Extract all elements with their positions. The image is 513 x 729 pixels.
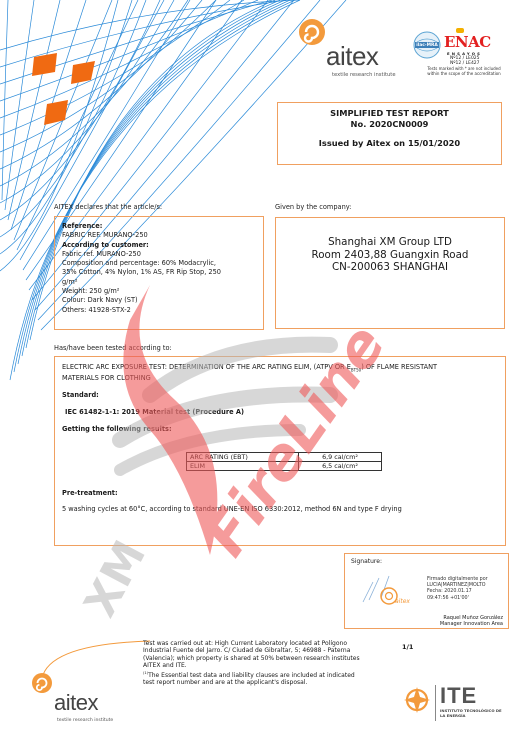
accreditation-logos: ilac-MRA ENAC ENSAYOS Nº12 / LE025 Nº12 …: [412, 30, 510, 85]
footer-aitex-logo: aitex textile research institute: [30, 672, 140, 728]
ite-subtitle: INSTITUTO TECNOLÓGICO DE LA ENERGÍA: [440, 709, 502, 718]
report-title-box: SIMPLIFIED TEST REPORT No. 2020CN0009 Is…: [277, 102, 502, 165]
aitex-spiral-icon: [296, 18, 330, 48]
standard-value: IEC 61482-1-1: 2019 Material test (Proce…: [62, 408, 498, 417]
company-name: Shanghai XM Group LTD: [276, 236, 504, 249]
article-line: Composition and percentage: 60% Modacryl…: [62, 259, 256, 268]
aitex-wordmark: aitex: [54, 690, 98, 716]
footer-text: Test was carried out at: High Current La…: [143, 640, 375, 686]
tested-label: Has/have been tested according to:: [54, 344, 172, 352]
stamp-text: aitex: [395, 598, 410, 605]
signature-box: Signature: aitex Firmado digitalmente po…: [344, 553, 509, 629]
test-description-cont: MATERIALS FOR CLOTHING: [62, 374, 498, 383]
aitex-tagline: textile research institute: [332, 72, 396, 78]
company-address: Room 2403,88 Guangxin Road: [276, 249, 504, 262]
ilac-label: ilac-MRA: [414, 43, 440, 48]
result-value: 6,5 cal/cm²: [299, 462, 382, 471]
result-name: ARC RATING (EBT): [187, 453, 299, 462]
signature-label: Signature:: [351, 558, 382, 565]
enac-codes: Nº12 / LE025 Nº12 / LE427: [450, 56, 480, 66]
company-city: CN-200063 SHANGHAI: [276, 261, 504, 274]
article-line: g/m²: [62, 278, 256, 287]
company-label: Given by the company:: [275, 203, 351, 211]
enac-logo: ENAC: [444, 33, 491, 51]
results-label: Getting the following results:: [62, 425, 498, 434]
aitex-wordmark: aitex: [326, 41, 378, 72]
aitex-tagline: textile research institute: [57, 718, 113, 723]
report-number: No. 2020CN0009: [278, 119, 501, 130]
report-title: SIMPLIFIED TEST REPORT: [278, 108, 501, 119]
company-box: Shanghai XM Group LTD Room 2403,88 Guang…: [275, 217, 505, 329]
pretreatment-value: 5 washing cycles at 60°C, according to s…: [62, 505, 498, 514]
reference-value: FABRIC REF. MURANO-250: [62, 231, 256, 240]
aitex-spiral-icon: [30, 672, 56, 696]
standard-label: Standard:: [62, 391, 498, 400]
article-line: Others: 41928-STX-2: [62, 306, 256, 315]
reference-label: Reference:: [62, 222, 102, 230]
article-label: AITEX declares that the article/s:: [54, 203, 162, 211]
orange-squares-decoration: [32, 53, 95, 125]
table-row: ARC RATING (EBT) 6,9 cal/cm²: [187, 453, 382, 462]
test-description: ELECTRIC ARC EXPOSURE TEST: DETERMINATIO…: [62, 363, 498, 374]
result-name: ELIM: [187, 462, 299, 471]
ite-logo: ITE INSTITUTO TECNOLÓGICO DE LA ENERGÍA: [402, 683, 512, 727]
ite-wordmark: ITE: [440, 683, 477, 709]
article-box: Reference: FABRIC REF. MURANO-250 Accord…: [54, 216, 264, 330]
table-row: ELIM 6,5 cal/cm²: [187, 462, 382, 471]
digital-signature-info: Firmado digitalmente por LUCIA|MARTINEZ|…: [427, 577, 488, 602]
result-value: 6,9 cal/cm²: [299, 453, 382, 462]
accreditation-note: Tests marked with * are not included wit…: [418, 67, 510, 76]
pretreatment-label: Pre-treatment:: [62, 489, 498, 498]
signatory: Raquel Muñoz González Manager Innovation…: [440, 615, 503, 627]
results-table: ARC RATING (EBT) 6,9 cal/cm² ELIM 6,5 ca…: [186, 452, 382, 471]
report-issued: Issued by Aitex on 15/01/2020: [278, 138, 501, 149]
article-line: Fabric ref. MURANO-250: [62, 250, 256, 259]
customer-label: According to customer:: [62, 241, 149, 249]
article-line: Colour: Dark Navy (ST): [62, 296, 256, 305]
page-number: 1/1: [402, 643, 413, 651]
signature-stamp-icon: [359, 572, 415, 612]
aitex-logo: aitex textile research institute: [296, 18, 406, 80]
ite-star-icon: [402, 685, 432, 715]
test-box: ELECTRIC ARC EXPOSURE TEST: DETERMINATIO…: [54, 356, 506, 546]
article-line: Weight: 250 g/m²: [62, 287, 256, 296]
article-line: 35% Cotton, 4% Nylon, 1% AS, FR Rip Stop…: [62, 268, 256, 277]
ite-divider: [435, 685, 436, 721]
